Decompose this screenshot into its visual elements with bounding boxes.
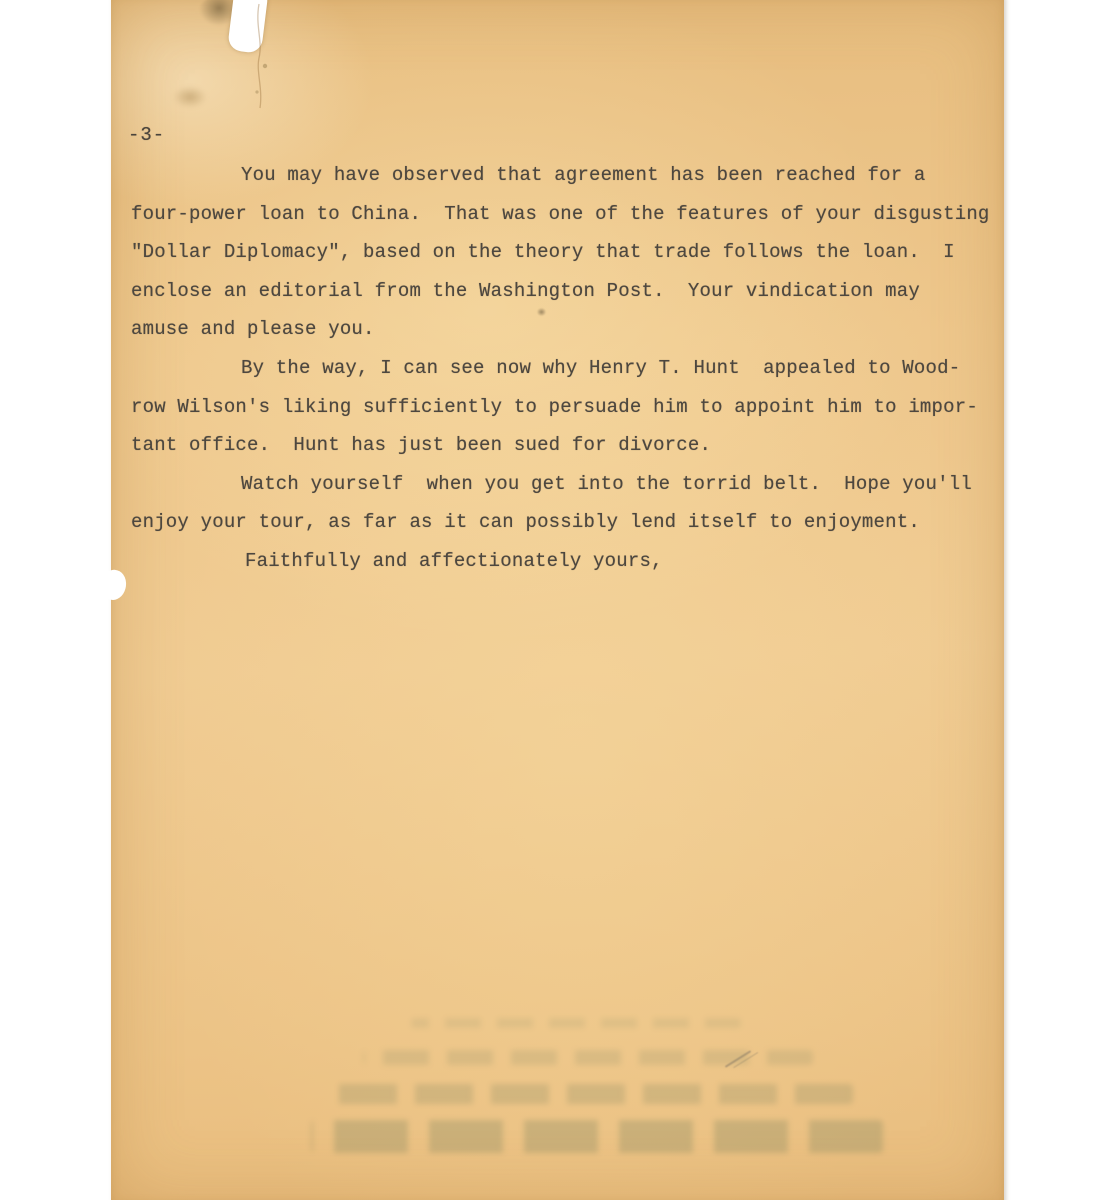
letter-page: -3- You may have observed that agreement… [111,0,1004,1200]
bleed-through-text-band [363,1050,813,1065]
paper-tear-notch [99,567,130,602]
bleed-through-text-band [333,1084,853,1104]
letter-line: "Dollar Diplomacy", based on the theory … [131,233,986,272]
letter-closing: Faithfully and affectionately yours, [131,542,986,581]
letter-line: Watch yourself when you get into the tor… [131,465,986,504]
letter-line: By the way, I can see now why Henry T. H… [131,349,986,388]
stain-smudge [173,86,207,108]
letter-line: enclose an editorial from the Washington… [131,272,986,311]
letter-line: amuse and please you. [131,310,986,349]
letter-body: You may have observed that agreement has… [131,156,986,581]
letter-line: four-power loan to China. That was one o… [131,195,986,234]
tape-residue [227,0,269,54]
bleed-through-text-band [411,1018,741,1028]
bleed-through-text-band [311,1120,883,1153]
letter-line: You may have observed that agreement has… [131,156,986,195]
letter-line: row Wilson's liking sufficiently to pers… [131,388,986,427]
scan-background: -3- You may have observed that agreement… [0,0,1119,1200]
letter-line: enjoy your tour, as far as it can possib… [131,503,986,542]
letter-line: tant office. Hunt has just been sued for… [131,426,986,465]
page-number: -3- [128,124,165,146]
